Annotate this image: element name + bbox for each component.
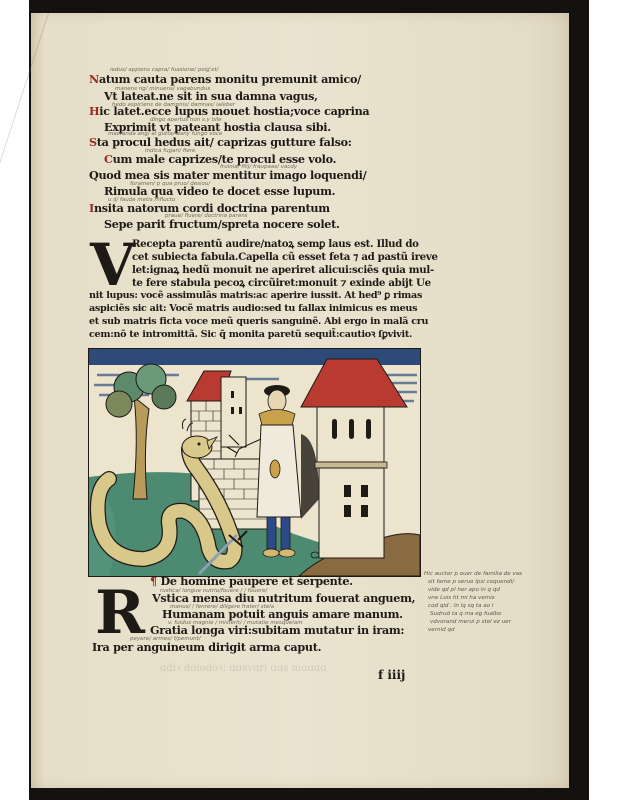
prose-line: aspiciẽs sic ait: Vocẽ matris audio:sed … xyxy=(89,303,417,315)
verse-line: Hic latet.ecce lupus mouet hostia;voce c… xyxy=(89,105,369,118)
show-through-text: ɑdiꝛ dolodoꝛ: ɑɑsvɑrl ɑɑs mɑɑɑɑ xyxy=(160,660,327,674)
verse-line: Sepe parit fructum/spreta nocere solet. xyxy=(104,218,340,231)
verse-line: Sta procul hedus ait/ caprizas gutture f… xyxy=(89,136,352,149)
prose-line: te fere stabula pecoꝝ circũiret:monuit ⁊… xyxy=(132,277,431,289)
prose-line: cet subiecta fabula.Capella cũ esset fet… xyxy=(132,251,438,263)
prose-line: nit lupus: vocẽ assimulãs matris:ac aper… xyxy=(89,290,422,302)
woodcut-image xyxy=(89,349,420,576)
prose-line: Recepta parentũ audire/natoꝝ semꝑ laus e… xyxy=(132,238,419,250)
fable-title: ¶ De homine paupere et serpente. xyxy=(150,575,353,588)
verse-line: Natum cauta parens monitu premunit amico… xyxy=(89,73,361,86)
paragraph-mark: ¶ xyxy=(150,574,157,588)
signature-mark: f iiij xyxy=(378,668,405,682)
prose-line: et sub matris ficta voce meũ queris sang… xyxy=(89,316,428,328)
decorated-initial-v: V xyxy=(90,236,128,294)
decorated-initial-r: R xyxy=(89,582,151,644)
verse-line: Ira per anguineum dirigit arma caput. xyxy=(92,641,321,654)
prose-line: cem:nõ te intromittã. Sic q̃ monita pare… xyxy=(89,329,412,341)
prose-line: let:ignaꝝ hedũ monuit ne aperiret alicui… xyxy=(132,264,434,276)
woodcut-illustration xyxy=(88,348,421,577)
